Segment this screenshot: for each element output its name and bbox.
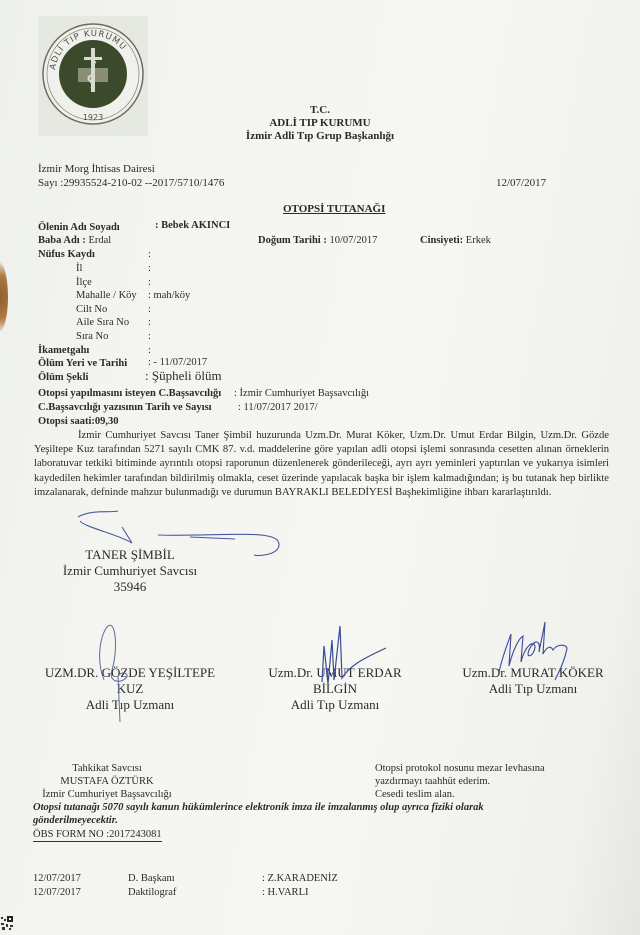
registry-row-label: İl	[76, 263, 82, 274]
registry-row-value: :	[148, 304, 151, 315]
death-place-value: : - 11/07/2017	[148, 357, 207, 368]
investigator-name: MUSTAFA ÖZTÜRK	[32, 775, 182, 788]
prosecutor-number: 35946	[40, 579, 220, 595]
residence-label: İkametgahı	[38, 345, 89, 356]
esignature-note-line2: gönderilmeyecektir.	[33, 814, 484, 827]
receiver-note-line1: Otopsi protokol nosunu mezar levhasına	[375, 762, 545, 775]
death-manner-label: Ölüm Şekli	[38, 372, 88, 383]
forensic-seal-icon: ADLİ TIP KURUMU 1923	[38, 16, 148, 136]
page-edge-stain	[0, 262, 8, 332]
residence-colon: :	[148, 345, 151, 356]
doctor-1-name: UZM.DR. GÖZDE YEŞİLTEPE	[30, 665, 230, 681]
registry-row-value: :	[148, 277, 151, 288]
document-title: OTOPSİ TUTANAĞI	[283, 203, 385, 215]
registry-row-label: İlçe	[76, 277, 92, 288]
doctor-2-title: Adli Tıp Uzmanı	[245, 697, 425, 713]
footer-name-1: : Z.KARADENİZ	[262, 872, 338, 886]
doctor-1-name-cont: KUZ	[30, 681, 230, 697]
doctor-block-3: Uzm.Dr. MURAT KÖKER Adli Tıp Uzmanı	[448, 665, 618, 697]
reference-number: Sayı :29935524-210-02 --2017/5710/1476	[38, 177, 224, 189]
doctor-2-name: Uzm.Dr. UMUT ERDAR	[245, 665, 425, 681]
registry-row-value: : mah/köy	[148, 290, 190, 301]
registry-row-value: :	[148, 317, 151, 328]
investigator-block: Tahkikat Savcısı MUSTAFA ÖZTÜRK İzmir Cu…	[32, 762, 182, 801]
birth-date-value: 10/07/2017	[329, 235, 377, 246]
autopsy-statement: İzmir Cumhuriyet Savcısı Taner Şimbil hu…	[34, 429, 609, 500]
doctor-3-title: Adli Tıp Uzmanı	[448, 681, 618, 697]
registry-row-label: Sıra No	[76, 331, 108, 342]
footer-dates: 12/07/2017 12/07/2017	[33, 872, 81, 900]
header-tc: T.C.	[200, 104, 440, 117]
birth-date-label: Doğum Tarihi :	[258, 235, 327, 246]
doctor-block-2: Uzm.Dr. UMUT ERDAR BİLGİN Adli Tıp Uzman…	[245, 665, 425, 713]
registry-row-value: :	[148, 263, 151, 274]
prosecutor-name: TANER ŞİMBİL	[40, 547, 220, 563]
obs-form-number: ÖBS FORM NO :2017243081	[33, 829, 162, 840]
requester-label: Otopsi yapılmasını isteyen C.Başsavcılığ…	[38, 388, 221, 399]
registry-row-label: Aile Sıra No	[76, 317, 129, 328]
doctor-1-title: Adli Tıp Uzmanı	[30, 697, 230, 713]
document-header: T.C. ADLİ TIP KURUMU İzmir Adli Tıp Grup…	[200, 104, 440, 143]
deceased-name-value: : Bebek AKINCI	[155, 220, 230, 231]
investigator-role: Tahkikat Savcısı	[32, 762, 182, 775]
registry-row-label: Mahalle / Köy	[76, 290, 137, 301]
footer-names: : Z.KARADENİZ : H.VARLI	[262, 872, 338, 900]
father-name-value: Erdal	[88, 235, 111, 246]
autopsy-time: Otopsi saati:09,30	[38, 416, 119, 427]
header-department: İzmir Adli Tıp Grup Başkanlığı	[200, 130, 440, 143]
registry-label: Nüfus Kaydı	[38, 249, 95, 260]
receiver-note: Otopsi protokol nosunu mezar levhasına y…	[375, 762, 545, 801]
investigator-office: İzmir Cumhuriyet Başsavcılığı	[32, 788, 182, 801]
deceased-name-label: Ölenin Adı Soyadı	[38, 222, 120, 233]
receiver-note-line3: Cesedi teslim alan.	[375, 788, 545, 801]
death-place-label: Ölüm Yeri ve Tarihi	[38, 358, 127, 369]
footer-date-2: 12/07/2017	[33, 886, 81, 900]
receiver-note-line2: yazdırmayı taahhüt ederim.	[375, 775, 545, 788]
gender-value: Erkek	[466, 235, 491, 246]
doctor-block-1: UZM.DR. GÖZDE YEŞİLTEPE KUZ Adli Tıp Uzm…	[30, 665, 230, 713]
letter-label: C.Başsavcılığı yazısının Tarih ve Sayısı	[38, 402, 212, 413]
doctor-2-name-cont: BİLGİN	[245, 681, 425, 697]
header-institution: ADLİ TIP KURUMU	[200, 117, 440, 130]
qr-code-icon	[0, 915, 14, 931]
esignature-note: Otopsi tutanağı 5070 sayılı kanun hüküml…	[33, 801, 484, 827]
registry-row-value: :	[148, 331, 151, 342]
death-manner-value: : Şüpheli ölüm	[145, 368, 222, 384]
doctor-3-name: Uzm.Dr. MURAT KÖKER	[448, 665, 618, 681]
department-name: İzmir Morg İhtisas Dairesi	[38, 163, 155, 175]
esignature-note-line1: Otopsi tutanağı 5070 sayılı kanun hüküml…	[33, 801, 484, 814]
footer-role-1: D. Başkanı	[128, 872, 176, 886]
gender-label: Cinsiyeti:	[420, 235, 463, 246]
registry-row-label: Cilt No	[76, 304, 107, 315]
prosecutor-block: TANER ŞİMBİL İzmir Cumhuriyet Savcısı 35…	[40, 547, 220, 595]
svg-text:1923: 1923	[83, 113, 103, 122]
document-date: 12/07/2017	[496, 177, 546, 189]
registry-colon: :	[148, 249, 151, 260]
father-name-label: Baba Adı :	[38, 235, 86, 246]
letter-value: : 11/07/2017 2017/	[238, 402, 318, 413]
footer-date-1: 12/07/2017	[33, 872, 81, 886]
footer-name-2: : H.VARLI	[262, 886, 338, 900]
footer-roles: D. Başkanı Daktilograf	[128, 872, 176, 900]
requester-value: : İzmir Cumhuriyet Başsavcılığı	[234, 388, 369, 399]
footer-role-2: Daktilograf	[128, 886, 176, 900]
prosecutor-title: İzmir Cumhuriyet Savcısı	[40, 563, 220, 579]
